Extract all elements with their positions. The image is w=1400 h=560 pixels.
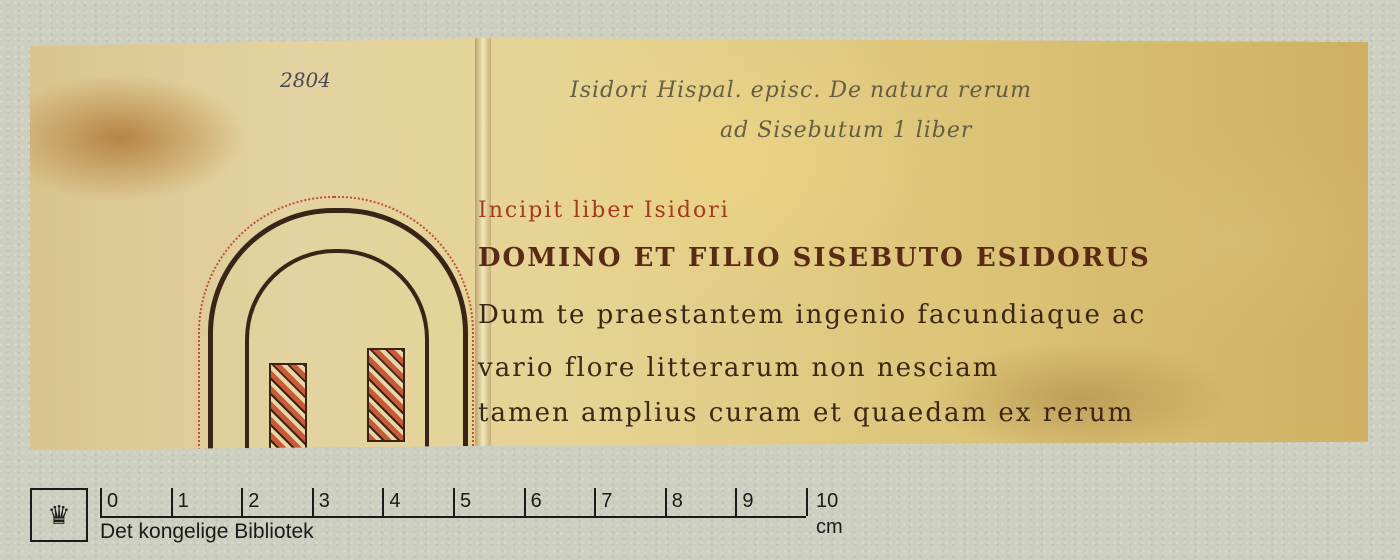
tick-10 — [806, 488, 808, 516]
text-line-2: Dum te praestantem ingenio facundiaque a… — [478, 300, 1146, 330]
manuscript-fragment: 2804 Isidori Hispal. episc. De natura re… — [30, 38, 1368, 450]
shelfmark-number: 2804 — [280, 68, 331, 92]
knotwork-panel-left — [269, 363, 307, 457]
pencil-note-line1: Isidori Hispal. episc. De natura rerum — [570, 78, 1032, 103]
tick-4: 4 — [382, 488, 400, 516]
tick-1: 1 — [171, 488, 189, 516]
text-line-3: vario flore litterarum non nesciam — [478, 353, 999, 383]
institution-name: Det kongelige Bibliotek — [100, 520, 314, 544]
tick-9: 9 — [735, 488, 753, 516]
decorated-initial — [208, 208, 468, 473]
tick-3: 3 — [312, 488, 330, 516]
tick-2: 2 — [241, 488, 259, 516]
tick-6: 6 — [524, 488, 542, 516]
tick-0: 0 — [100, 488, 118, 516]
tick-7: 7 — [594, 488, 612, 516]
text-line-1: DOMINO ET FILIO SISEBUTO ESIDORUS — [478, 243, 1151, 273]
knotwork-panel-right — [367, 348, 405, 442]
tick-5: 5 — [453, 488, 471, 516]
rubric-heading: Incipit liber Isidori — [478, 198, 730, 223]
crown-icon: ♛ — [30, 488, 88, 542]
ruler-end-label: 10 cm — [816, 488, 843, 540]
marginal-scribbles — [40, 258, 360, 294]
pencil-note-line2: ad Sisebutum 1 liber — [720, 118, 972, 143]
text-line-4: tamen amplius curam et quaedam ex rerum — [478, 398, 1134, 428]
tick-8: 8 — [665, 488, 683, 516]
centimeter-ruler: 0 1 2 3 4 5 6 7 8 9 — [100, 488, 806, 518]
